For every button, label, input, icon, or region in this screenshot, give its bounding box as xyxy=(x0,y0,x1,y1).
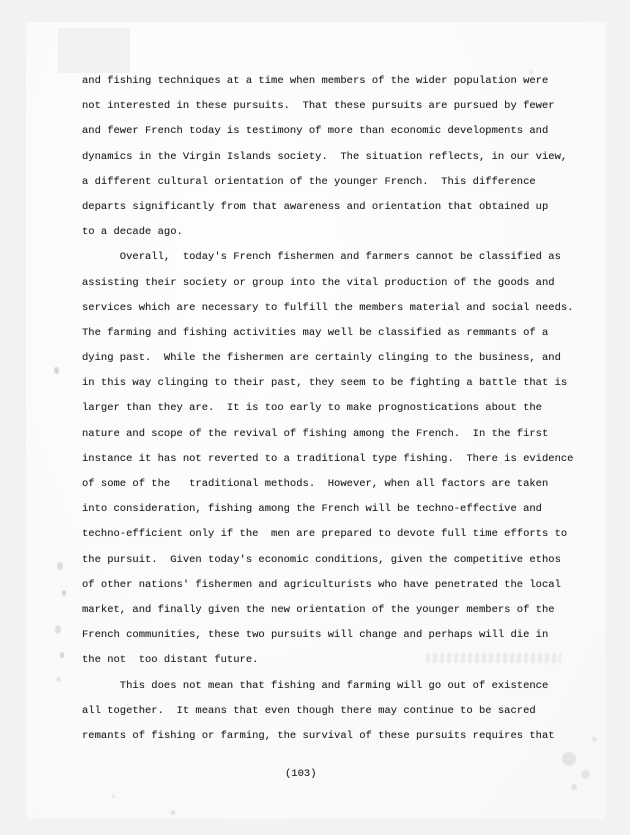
text-line: nature and scope of the revival of fishi… xyxy=(82,422,582,447)
scan-speck xyxy=(60,652,64,658)
text-line: larger than they are. It is too early to… xyxy=(82,396,582,421)
scan-speck xyxy=(581,770,590,779)
text-line: French communities, these two pursuits w… xyxy=(82,623,582,648)
scan-speck xyxy=(529,70,533,74)
text-line: and fewer French today is testimony of m… xyxy=(82,119,582,144)
text-line: not interested in these pursuits. That t… xyxy=(82,94,582,119)
scan-speck xyxy=(57,562,63,570)
text-line: dynamics in the Virgin Islands society. … xyxy=(82,145,582,170)
text-line: all together. It means that even though … xyxy=(82,699,582,724)
text-line: in this way clinging to their past, they… xyxy=(82,371,582,396)
bleed-through-text-artifact xyxy=(426,653,562,663)
scan-speck xyxy=(562,752,576,766)
text-line: into consideration, fishing among the Fr… xyxy=(82,497,582,522)
text-line: remants of fishing or farming, the survi… xyxy=(82,724,582,749)
text-line: Overall, today's French fishermen and fa… xyxy=(82,245,582,270)
text-line: services which are necessary to fulfill … xyxy=(82,296,582,321)
scan-speck xyxy=(55,625,61,634)
page-number: (103) xyxy=(285,762,317,787)
text-line: techno-efficient only if the men are pre… xyxy=(82,522,582,547)
page-text-block: and fishing techniques at a time when me… xyxy=(82,69,582,749)
scan-artifact-blob xyxy=(58,28,130,73)
scan-speck xyxy=(54,367,59,374)
text-line: of other nations' fishermen and agricult… xyxy=(82,573,582,598)
scan-speck xyxy=(592,737,597,742)
text-line: of some of the traditional methods. Howe… xyxy=(82,472,582,497)
text-line: This does not mean that fishing and farm… xyxy=(82,674,582,699)
scanned-page: and fishing techniques at a time when me… xyxy=(26,22,606,819)
text-line: the pursuit. Given today's economic cond… xyxy=(82,548,582,573)
text-line: assisting their society or group into th… xyxy=(82,271,582,296)
text-line: market, and finally given the new orient… xyxy=(82,598,582,623)
text-line: departs significantly from that awarenes… xyxy=(82,195,582,220)
text-line: The farming and fishing activities may w… xyxy=(82,321,582,346)
text-line: dying past. While the fishermen are cert… xyxy=(82,346,582,371)
scan-speck xyxy=(171,810,175,815)
text-line: to a decade ago. xyxy=(82,220,582,245)
text-line: a different cultural orientation of the … xyxy=(82,170,582,195)
scan-speck xyxy=(62,590,66,596)
scan-speck xyxy=(500,462,503,465)
text-line: instance it has not reverted to a tradit… xyxy=(82,447,582,472)
text-line: and fishing techniques at a time when me… xyxy=(82,69,582,94)
scan-speck xyxy=(112,795,115,798)
scan-speck xyxy=(56,677,61,682)
scan-speck xyxy=(571,784,577,790)
